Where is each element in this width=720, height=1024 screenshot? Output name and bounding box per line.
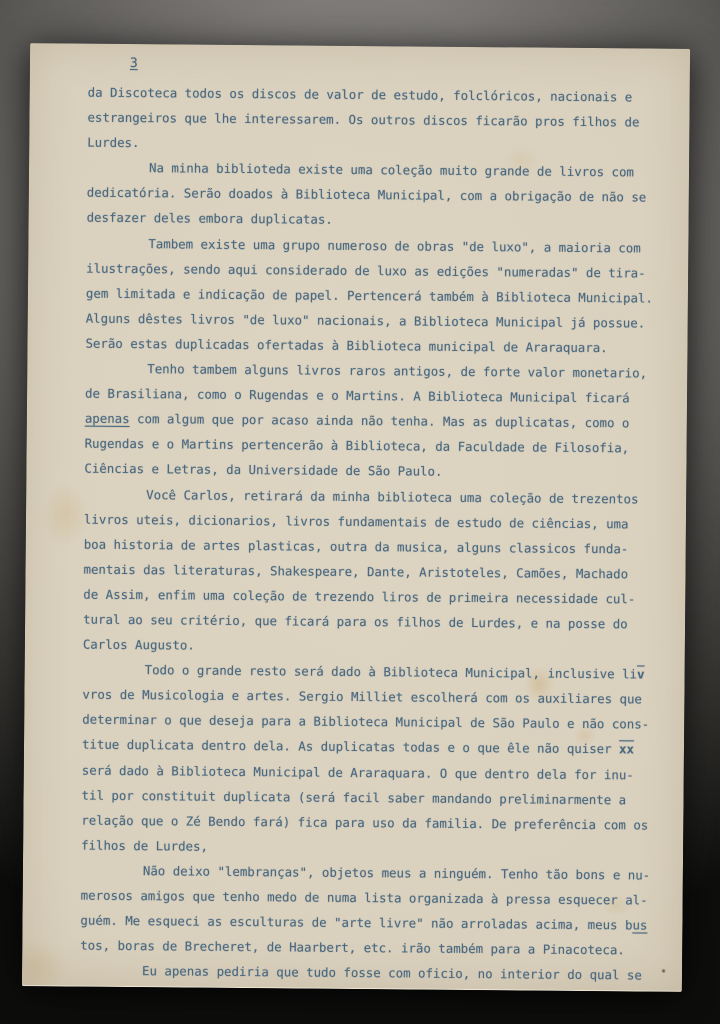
- typewritten-segment: Lurdes.: [87, 135, 139, 150]
- typewritten-segment: filhos de Lurdes,: [81, 837, 208, 853]
- typewritten-segment: apenas: [85, 411, 130, 426]
- typewritten-segment: us: [632, 918, 647, 933]
- typewritten-segment: til por constituit duplicata (será facil…: [82, 787, 627, 807]
- typewritten-segment: tos, boras de Brecheret, de Haarbert, et…: [80, 938, 625, 958]
- typewritten-segment: com algum que por acaso ainda não tenha.…: [130, 411, 630, 430]
- typewritten-segment: será dado à Biblioteca Municipal de Arar…: [82, 762, 634, 782]
- typewritten-segment: v: [637, 667, 645, 682]
- typewritten-segment: vros de Musicologia e artes. Sergio Mill…: [82, 687, 642, 707]
- typewritten-segment: xx: [619, 742, 634, 757]
- typewritten-segment: Rugendas e o Martins pertencerão à Bibli…: [85, 436, 630, 456]
- typewritten-segment: Você Carlos, retirará da minha bibliotec…: [146, 487, 638, 506]
- typewritten-text: da Discoteca todos os discos de valor de…: [80, 80, 674, 988]
- typewritten-segment: Na minha biblioteda existe uma coleção m…: [149, 160, 634, 179]
- typewritten-segment: mentais das literaturas, Shakespeare, Da…: [83, 561, 628, 581]
- typewritten-segment: da Discoteca todos os discos de valor de…: [88, 85, 633, 105]
- typewritten-segment: livros uteis, dicionarios, livros fundam…: [84, 511, 629, 531]
- typewritten-segment: de Brasiliana, como o Rugendas e o Marti…: [85, 386, 630, 406]
- typewritten-segment: Alguns dêstes livros "de luxo" nacionais…: [86, 310, 646, 330]
- typewritten-segment: tural ao seu critério, que ficará para o…: [83, 612, 628, 632]
- typewritten-line: estrangeiros que lhe interessarem. Os ou…: [87, 105, 673, 135]
- typewritten-segment: desfazer deles embora duplicatas.: [87, 210, 333, 227]
- typewritten-segment: guém. Me esqueci as esculturas de "arte …: [80, 913, 632, 933]
- typewritten-segment: de Assim, enfim uma coleção de trezendo …: [83, 586, 635, 606]
- typewritten-segment: determinar o que deseja para a Bibliotec…: [82, 712, 649, 732]
- typewritten-segment: dedicatória. Serão doados à Biblioteca M…: [87, 185, 647, 205]
- typewritten-segment: estrangeiros que lhe interessarem. Os ou…: [87, 110, 639, 130]
- typewritten-segment: ilustrações, sendo aqui considerado de l…: [86, 260, 646, 280]
- typewritten-segment: Não deixo "lembranças", objetos meus a n…: [143, 863, 650, 882]
- typewritten-segment: Todo o grande resto será dado à Bibliote…: [145, 662, 637, 681]
- typewritten-segment: relação que o Zé Bendo fará) fica para u…: [81, 812, 648, 832]
- typewritten-segment: Carlos Augusto.: [83, 637, 195, 653]
- typewritten-segment: boa historia de artes plasticas, outra d…: [84, 536, 629, 556]
- typewritten-segment: Ciências e Letras, da Universidade de Sã…: [84, 461, 442, 479]
- typewritten-segment: Tenho tambem alguns livros raros antigos…: [147, 361, 647, 380]
- typewritten-segment: titue duplicata dentro dela. As duplicat…: [82, 737, 619, 757]
- typewritten-segment: Serão estas duplicadas ofertadas à Bibli…: [85, 336, 607, 356]
- typewritten-segment: gem limitada e indicação de papel. Perte…: [86, 285, 653, 305]
- typewritten-segment: Eu apenas pediria que tudo fosse com ofi…: [142, 963, 642, 982]
- typewritten-line: Eu apenas pediria que tudo fosse com ofi…: [80, 958, 666, 988]
- typewritten-segment: Tambem existe uma grupo numeroso de obra…: [148, 236, 640, 255]
- page-number: 3: [130, 56, 138, 71]
- typewritten-segment: merosos amigos que tenho medo de numa li…: [81, 888, 648, 908]
- document-page: 3 da Discoteca todos os discos de valor …: [22, 43, 690, 992]
